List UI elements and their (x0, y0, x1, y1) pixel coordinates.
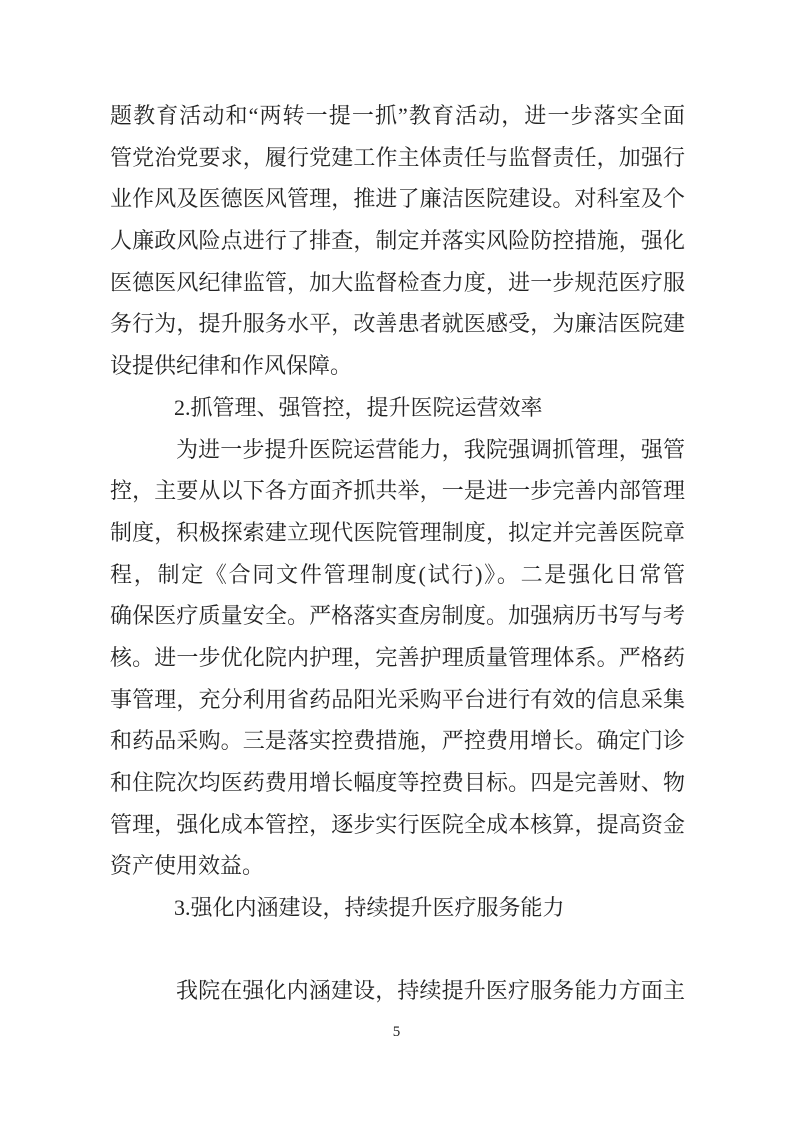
section-heading: 3.强化内涵建设，持续提升医疗服务能力 (110, 887, 685, 929)
text-line: 我院在强化内涵建设，持续提升医疗服务能力方面主 (110, 970, 685, 1012)
text-line: 程，制定《合同文件管理制度(试行)》。二是强化日常管控， (110, 554, 685, 596)
text-line: 确保医疗质量安全。严格落实查房制度。加强病历书写与考 (110, 595, 685, 637)
text-line: 核。进一步优化院内护理，完善护理质量管理体系。严格药 (110, 637, 685, 679)
page-number: 5 (0, 1024, 793, 1041)
text-line: 制度，积极探索建立现代医院管理制度，拟定并完善医院章 (110, 512, 685, 554)
text-line: 资产使用效益。 (110, 845, 685, 887)
text-line: 医德医风纪律监管，加大监督检查力度，进一步规范医疗服 (110, 262, 685, 304)
text-line: 为进一步提升医院运营能力，我院强调抓管理，强管 (110, 429, 685, 471)
text-line: 事管理，充分利用省药品阳光采购平台进行有效的信息采集 (110, 679, 685, 721)
text-line: 业作风及医德医风管理，推进了廉洁医院建设。对科室及个 (110, 178, 685, 220)
blank-line (110, 929, 685, 971)
text-line: 人廉政风险点进行了排查，制定并落实风险防控措施，强化 (110, 220, 685, 262)
text-line: 管党治党要求，履行党建工作主体责任与监督责任，加强行 (110, 137, 685, 179)
text-line: 管理，强化成本管控，逐步实行医院全成本核算，提高资金 (110, 804, 685, 846)
document-page: 题教育活动和“两转一提一抓”教育活动，进一步落实全面管党治党要求，履行党建工作主… (0, 0, 793, 1122)
text-line: 务行为，提升服务水平，改善患者就医感受，为廉洁医院建 (110, 303, 685, 345)
section-heading: 2.抓管理、强管控，提升医院运营效率 (110, 387, 685, 429)
text-line: 设提供纪律和作风保障。 (110, 345, 685, 387)
text-line: 和药品采购。三是落实控费措施，严控费用增长。确定门诊 (110, 720, 685, 762)
text-line: 和住院次均医药费用增长幅度等控费目标。四是完善财、物 (110, 762, 685, 804)
document-body: 题教育活动和“两转一提一抓”教育活动，进一步落实全面管党治党要求，履行党建工作主… (110, 95, 685, 1012)
text-line: 控，主要从以下各方面齐抓共举，一是进一步完善内部管理 (110, 470, 685, 512)
text-line: 题教育活动和“两转一提一抓”教育活动，进一步落实全面 (110, 95, 685, 137)
